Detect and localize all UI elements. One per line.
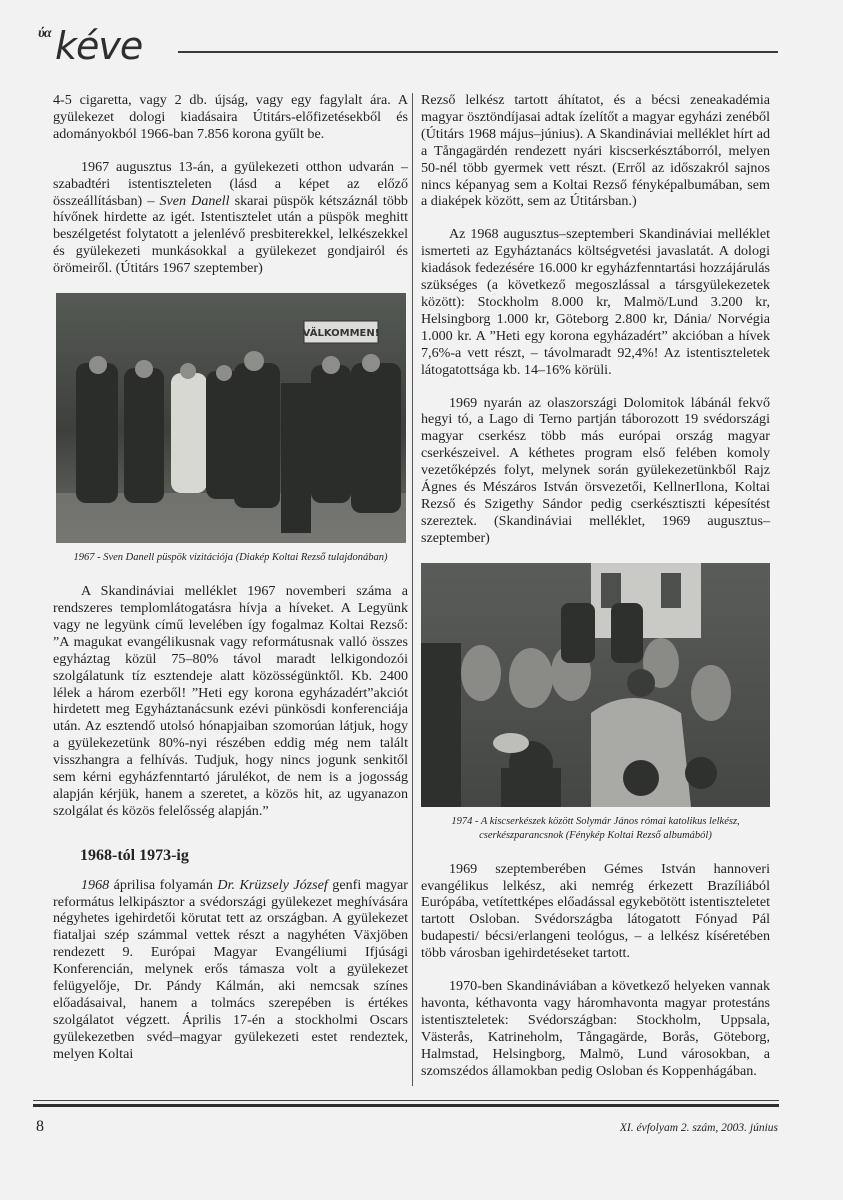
footer-rule-thin [33, 1100, 779, 1101]
issue-info: XI. évfolyam 2. szám, 2003. június [620, 1122, 778, 1134]
year: 1968 [81, 877, 109, 893]
photo-image: VÄLKOMMEN! [56, 293, 406, 543]
masthead: ύα kéve [38, 22, 778, 72]
photo-bishop-visitation: VÄLKOMMEN! [56, 293, 406, 543]
paragraph: 1968 áprilisa folyamán Dr. Krüzsely Józs… [53, 877, 408, 1063]
photo-caption: 1974 - A kiscserkészek között Solymár Já… [421, 815, 770, 843]
paragraph: 1967 augusztus 13-án, a gyülekezeti otth… [53, 159, 408, 277]
paragraph: 1969 szeptemberében Gémes István hannove… [421, 861, 770, 962]
paragraph: 1970-ben Skandináviában a következő hely… [421, 978, 770, 1079]
section-heading: 1968-tól 1973-ig [80, 848, 408, 865]
paragraph: Rezső lelkész tartott áhítatot, és a béc… [421, 92, 770, 210]
photo-image [421, 563, 770, 807]
magazine-page: ύα kéve 4-5 cigaretta, vagy 2 db. újság,… [0, 0, 843, 1200]
left-column: 4-5 cigaretta, vagy 2 db. újság, vagy eg… [53, 92, 408, 1079]
photo-caption: 1967 - Sven Danell püspök vizitációja (D… [53, 551, 408, 565]
logo-prefix: ύα [38, 26, 51, 42]
paragraph: Az 1968 augusztus–szeptemberi Skandinávi… [421, 226, 770, 378]
paragraph: 1969 nyarán az olaszországi Dolomitok lá… [421, 395, 770, 547]
person-name: Dr. Krüzsely József [217, 877, 327, 893]
text-run: genfi magyar református lelkipásztor a s… [53, 877, 408, 1062]
page-number: 8 [36, 1118, 44, 1136]
footer-rule-thick [33, 1104, 779, 1107]
paragraph: 4-5 cigaretta, vagy 2 db. újság, vagy eg… [53, 92, 408, 143]
paragraph: A Skandináviai melléklet 1967 novemberi … [53, 583, 408, 820]
photo-scouts [421, 563, 770, 807]
text-run: áprilisa folyamán [109, 877, 217, 893]
person-name: Sven Danell [159, 193, 229, 209]
right-column: Rezső lelkész tartott áhítatot, és a béc… [421, 92, 770, 1096]
column-divider [412, 93, 413, 1086]
magazine-logo: kéve [55, 24, 142, 68]
svg-text:VÄLKOMMEN!: VÄLKOMMEN! [303, 325, 380, 339]
header-rule [178, 51, 778, 53]
